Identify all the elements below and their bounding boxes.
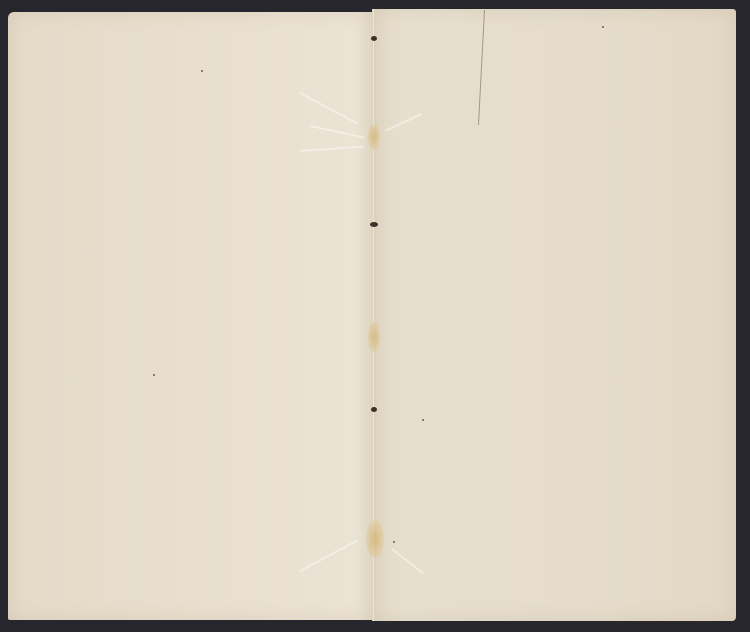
spine-stain <box>368 124 380 150</box>
right-page <box>374 9 736 621</box>
paper-speck <box>201 70 203 72</box>
stitch-mark <box>371 407 377 412</box>
spine-stain <box>368 322 380 352</box>
paper-speck <box>602 26 604 28</box>
stitch-mark <box>371 36 377 41</box>
stitch-mark <box>370 222 378 227</box>
paper-speck <box>153 374 155 376</box>
scan-canvas <box>0 0 750 632</box>
spine-stain <box>366 520 384 558</box>
paper-speck <box>393 541 395 543</box>
paper-speck <box>422 419 424 421</box>
